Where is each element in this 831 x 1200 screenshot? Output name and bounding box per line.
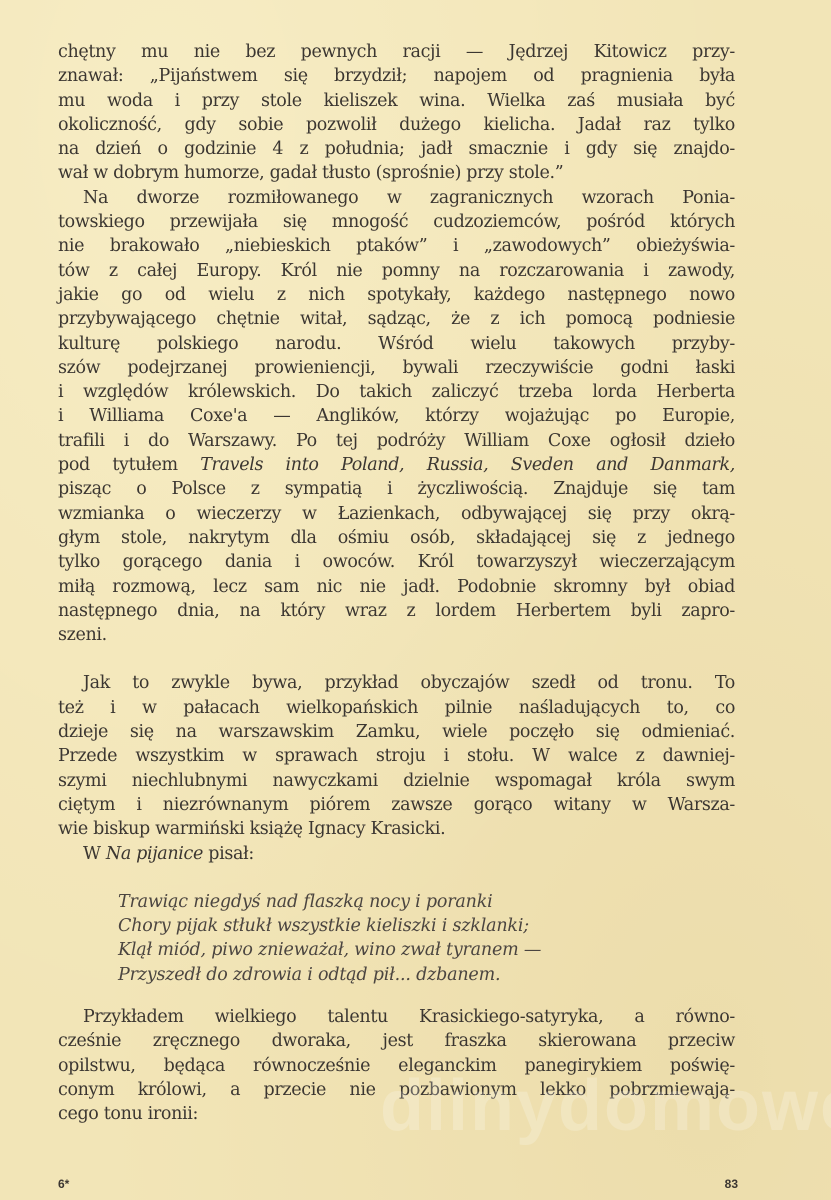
text-line: Przede wszystkim w sprawach stroju i sto…	[58, 744, 735, 768]
text-line: Przykładem wielkiego talentu Krasickiego…	[58, 1005, 735, 1029]
text-line: kulturę polskiego narodu. Wśród wielu ta…	[58, 332, 735, 356]
text-line: wie biskup warmiński książę Ignacy Krasi…	[58, 817, 735, 841]
text-line: conym królowi, a przecie nie pozbawionym…	[58, 1078, 735, 1102]
line-prefix: W	[83, 844, 106, 864]
poem-verse: Trawiąc niegdyś nad flaszką nocy i poran…	[118, 890, 735, 914]
text-line-with-title: W Na pijanice pisał:	[58, 842, 735, 866]
text-line: i Williama Coxe'a — Anglików, którzy woj…	[58, 404, 735, 428]
text-line: dzieje się na warszawskim Zamku, wiele p…	[58, 720, 735, 744]
text-line: przybywającego chętnie witał, sądząc, że…	[58, 307, 735, 331]
line-prefix: pod tytułem	[58, 455, 200, 475]
text-line: szeni.	[58, 623, 735, 647]
text-line: okoliczność, gdy sobie pozwolił dużego k…	[58, 113, 735, 137]
paragraph-kitowicz-quote: chętny mu nie bez pewnych racji — Jędrze…	[58, 40, 735, 186]
poem-verse: Przyszedł do zdrowia i odtąd pił... dzba…	[118, 963, 735, 987]
text-line: opilstwu, będąca równocześnie eleganckim…	[58, 1054, 735, 1078]
text-line: trafili i do Warszawy. Po tej podróży Wi…	[58, 429, 735, 453]
paragraph-krasicki-talent: Przykładem wielkiego talentu Krasickiego…	[58, 1005, 735, 1126]
text-line: cego tonu ironii:	[58, 1102, 735, 1126]
paragraph-poem-intro: W Na pijanice pisał:	[58, 842, 735, 866]
text-line: też i w pałacach wielkopańskich pilnie n…	[58, 696, 735, 720]
text-line: głym stole, nakrytym dla ośmiu osób, skł…	[58, 526, 735, 550]
text-line: na dzień o godzinie 4 z południa; jadł s…	[58, 137, 735, 161]
text-line: znawał: „Pijaństwem się brzydził; napoje…	[58, 64, 735, 88]
page-number: 83	[725, 1177, 738, 1191]
printer-signature: 6*	[58, 1177, 69, 1191]
text-line: tylko gorącego dania i owoców. Król towa…	[58, 550, 735, 574]
poem-verse: Klął miód, piwo znieważał, wino zwał tyr…	[118, 938, 735, 962]
text-line: miłą rozmową, lecz sam nic nie jadł. Pod…	[58, 575, 735, 599]
text-line: wzmianka o wieczerzy w Łazienkach, odbyw…	[58, 502, 735, 526]
book-title-travels: Travels into Poland, Russia, Sveden and …	[200, 455, 735, 475]
poem-title-na-pijanice: Na pijanice	[106, 844, 203, 864]
text-line: pisząc o Polsce z sympatią i życzliwości…	[58, 477, 735, 501]
poem-na-pijanice: Trawiąc niegdyś nad flaszką nocy i poran…	[118, 890, 735, 987]
text-line: chętny mu nie bez pewnych racji — Jędrze…	[58, 40, 735, 64]
paragraph-spacer	[58, 647, 735, 671]
book-page: chętny mu nie bez pewnych racji — Jędrze…	[58, 40, 735, 1126]
poem-verse: Chory pijak stłukł wszystkie kieliszki i…	[118, 914, 735, 938]
text-line: ciętym i niezrównanym piórem zawsze gorą…	[58, 793, 735, 817]
text-line: mu woda i przy stole kieliszek wina. Wie…	[58, 89, 735, 113]
paragraph-example-from-throne: Jak to zwykle bywa, przykład obyczajów s…	[58, 671, 735, 841]
text-line: nie brakowało „niebieskich ptaków” i „za…	[58, 234, 735, 258]
paragraph-foreigners-at-court: Na dworze rozmiłowanego w zagranicznych …	[58, 186, 735, 648]
text-line: wał w dobrym humorze, gadał tłusto (spro…	[58, 161, 735, 185]
text-line: cześnie zręcznego dworaka, jest fraszka …	[58, 1029, 735, 1053]
line-suffix: pisał:	[203, 844, 254, 864]
text-line: towskiego przewijała się mnogość cudzozi…	[58, 210, 735, 234]
text-line-with-title: pod tytułem Travels into Poland, Russia,…	[58, 453, 735, 477]
text-line: i względów królewskich. Do takich zalicz…	[58, 380, 735, 404]
text-line: tów z całej Europy. Król nie pomny na ro…	[58, 259, 735, 283]
text-line: następnego dnia, na który wraz z lordem …	[58, 599, 735, 623]
text-line: Jak to zwykle bywa, przykład obyczajów s…	[58, 671, 735, 695]
text-line: Na dworze rozmiłowanego w zagranicznych …	[58, 186, 735, 210]
text-line: szymi niechlubnymi nawyczkami dzielnie w…	[58, 769, 735, 793]
text-line: szów podejrzanej prowieniencji, bywali r…	[58, 356, 735, 380]
text-line: jakie go od wielu z nich spotykały, każd…	[58, 283, 735, 307]
